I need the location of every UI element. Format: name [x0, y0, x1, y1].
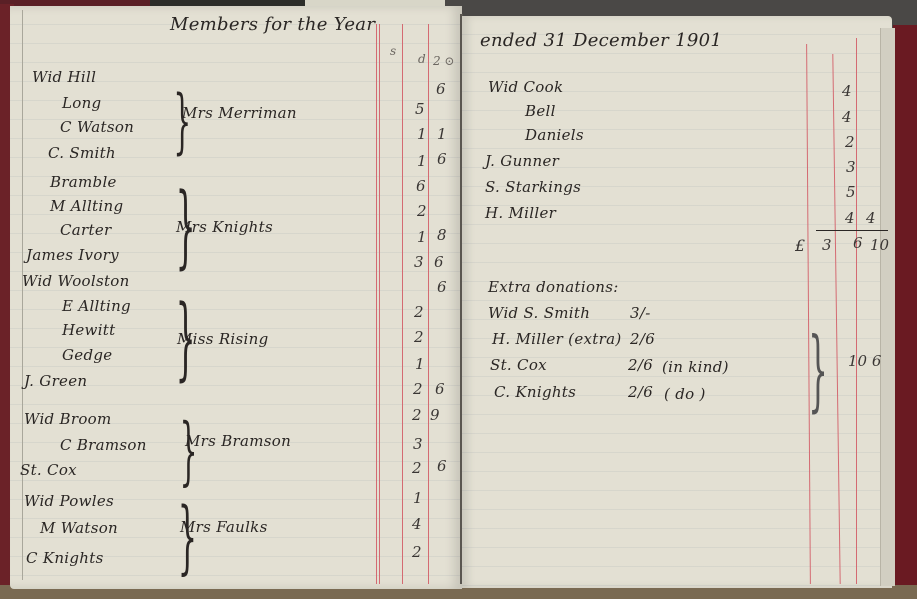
shillings-amount: 3 [414, 253, 424, 271]
member-name: James Ivory [26, 246, 119, 264]
member-name: C Knights [26, 549, 104, 567]
pence-amount: 6 [437, 457, 447, 475]
shillings-amount: 2 [417, 202, 427, 220]
page-edges [880, 28, 895, 586]
shillings-amount: 4 [842, 108, 852, 126]
shillings-amount: 5 [846, 183, 856, 201]
total-pounds: 3 [822, 236, 832, 254]
book-cover-right [893, 25, 917, 599]
brace-icon: } [180, 408, 198, 494]
extra-donor-name: C. Knights [494, 383, 576, 401]
member-name: Daniels [525, 126, 584, 144]
shillings-amount: 2 [412, 543, 422, 561]
shillings-amount: 2 [414, 303, 424, 321]
collector-label: Mrs Bramson [185, 432, 291, 450]
member-name: J. Gunner [485, 152, 559, 170]
member-name: H. Miller [485, 204, 556, 222]
pence-amount: 6 [437, 150, 447, 168]
pence-amount: 9 [430, 406, 440, 424]
member-name: Wid Cook [488, 78, 563, 96]
member-name: Hewitt [62, 321, 115, 339]
pence-amount: 1 [437, 125, 447, 143]
member-name: St. Cox [20, 461, 77, 479]
total-shillings: 6 [853, 234, 863, 252]
member-name: Wid Broom [24, 410, 112, 428]
extra-donor-note: (in kind) [662, 358, 729, 376]
member-name: Carter [60, 221, 111, 239]
shillings-amount: 2 [412, 459, 422, 477]
collector-label: Mrs Merriman [182, 104, 297, 122]
page-margin-line [22, 10, 23, 580]
shillings-amount: 2 [414, 328, 424, 346]
shillings-amount: 2 [845, 133, 855, 151]
member-name: Wid Woolston [22, 272, 130, 290]
extra-donor-name: H. Miller (extra) [492, 330, 621, 348]
shillings-amount: 3 [413, 435, 423, 453]
collector-label: Mrs Knights [176, 218, 273, 236]
shillings-amount: 1 [413, 489, 423, 507]
shillings-marker: s [390, 44, 396, 58]
extra-donor-note: ( do ) [664, 385, 706, 403]
red-rule-3 [856, 38, 857, 584]
shillings-amount: 1 [417, 152, 427, 170]
shillings-amount: 1 [417, 228, 427, 246]
shillings-amount: 4 [845, 209, 855, 227]
pence-amount: 8 [437, 226, 447, 244]
red-rule-2 [379, 24, 380, 584]
shillings-amount: 1 [415, 355, 425, 373]
pence-amount: 6 [436, 80, 446, 98]
pence-amount: 6 [434, 253, 444, 271]
shillings-amount: 2 [413, 380, 423, 398]
member-name: S. Starkings [485, 178, 581, 196]
member-name: M Allting [50, 197, 123, 215]
extras-total: 10 6 [848, 352, 881, 370]
extra-donor-amount: 2/6 [628, 356, 653, 374]
member-name: Wid Powles [24, 492, 114, 510]
total-pence: 10 [870, 236, 889, 254]
shillings-amount: 5 [415, 100, 425, 118]
shillings-amount: 6 [416, 177, 426, 195]
heading-right: ended 31 December 1901 [480, 30, 722, 51]
member-name: C. Smith [48, 144, 116, 162]
shillings-amount: 3 [846, 158, 856, 176]
extra-donor-amount: 2/6 [630, 330, 655, 348]
pound-sign: £ [795, 236, 805, 255]
total-rule [816, 230, 888, 231]
note-circle: 2 ⊙ [433, 54, 455, 68]
extra-donations-heading: Extra donations: [488, 278, 619, 296]
extra-donor-name: St. Cox [490, 356, 547, 374]
extra-donor-amount: 2/6 [628, 383, 653, 401]
heading-left: Members for the Year [170, 14, 375, 35]
member-name: Wid Hill [32, 68, 96, 86]
member-name: C Watson [60, 118, 134, 136]
pence-amount: 6 [435, 380, 445, 398]
member-name: Long [62, 94, 101, 112]
member-name: Bramble [50, 173, 117, 191]
member-name: E Allting [62, 297, 131, 315]
collector-label: Miss Rising [177, 330, 268, 348]
member-name: M Watson [40, 519, 118, 537]
shillings-amount: 4 [842, 82, 852, 100]
shillings-amount: 1 [417, 125, 427, 143]
pence-amount: 6 [437, 278, 447, 296]
brace-icon: } [808, 318, 828, 421]
red-rule-1 [376, 24, 377, 584]
extra-donor-amount: 3/- [630, 304, 651, 322]
shillings-amount: 2 [412, 406, 422, 424]
red-rule-4 [428, 24, 429, 584]
shillings-amount: 4 [412, 515, 422, 533]
brace-icon: } [178, 490, 197, 583]
collector-label: Mrs Faulks [180, 518, 268, 536]
pence-amount: 4 [866, 209, 876, 227]
red-rule-3 [402, 24, 403, 584]
member-name: Bell [525, 102, 556, 120]
pence-marker: d [418, 52, 426, 66]
member-name: Gedge [62, 346, 112, 364]
member-name: C Bramson [60, 436, 147, 454]
member-name: J. Green [24, 372, 87, 390]
extra-donor-name: Wid S. Smith [488, 304, 590, 322]
